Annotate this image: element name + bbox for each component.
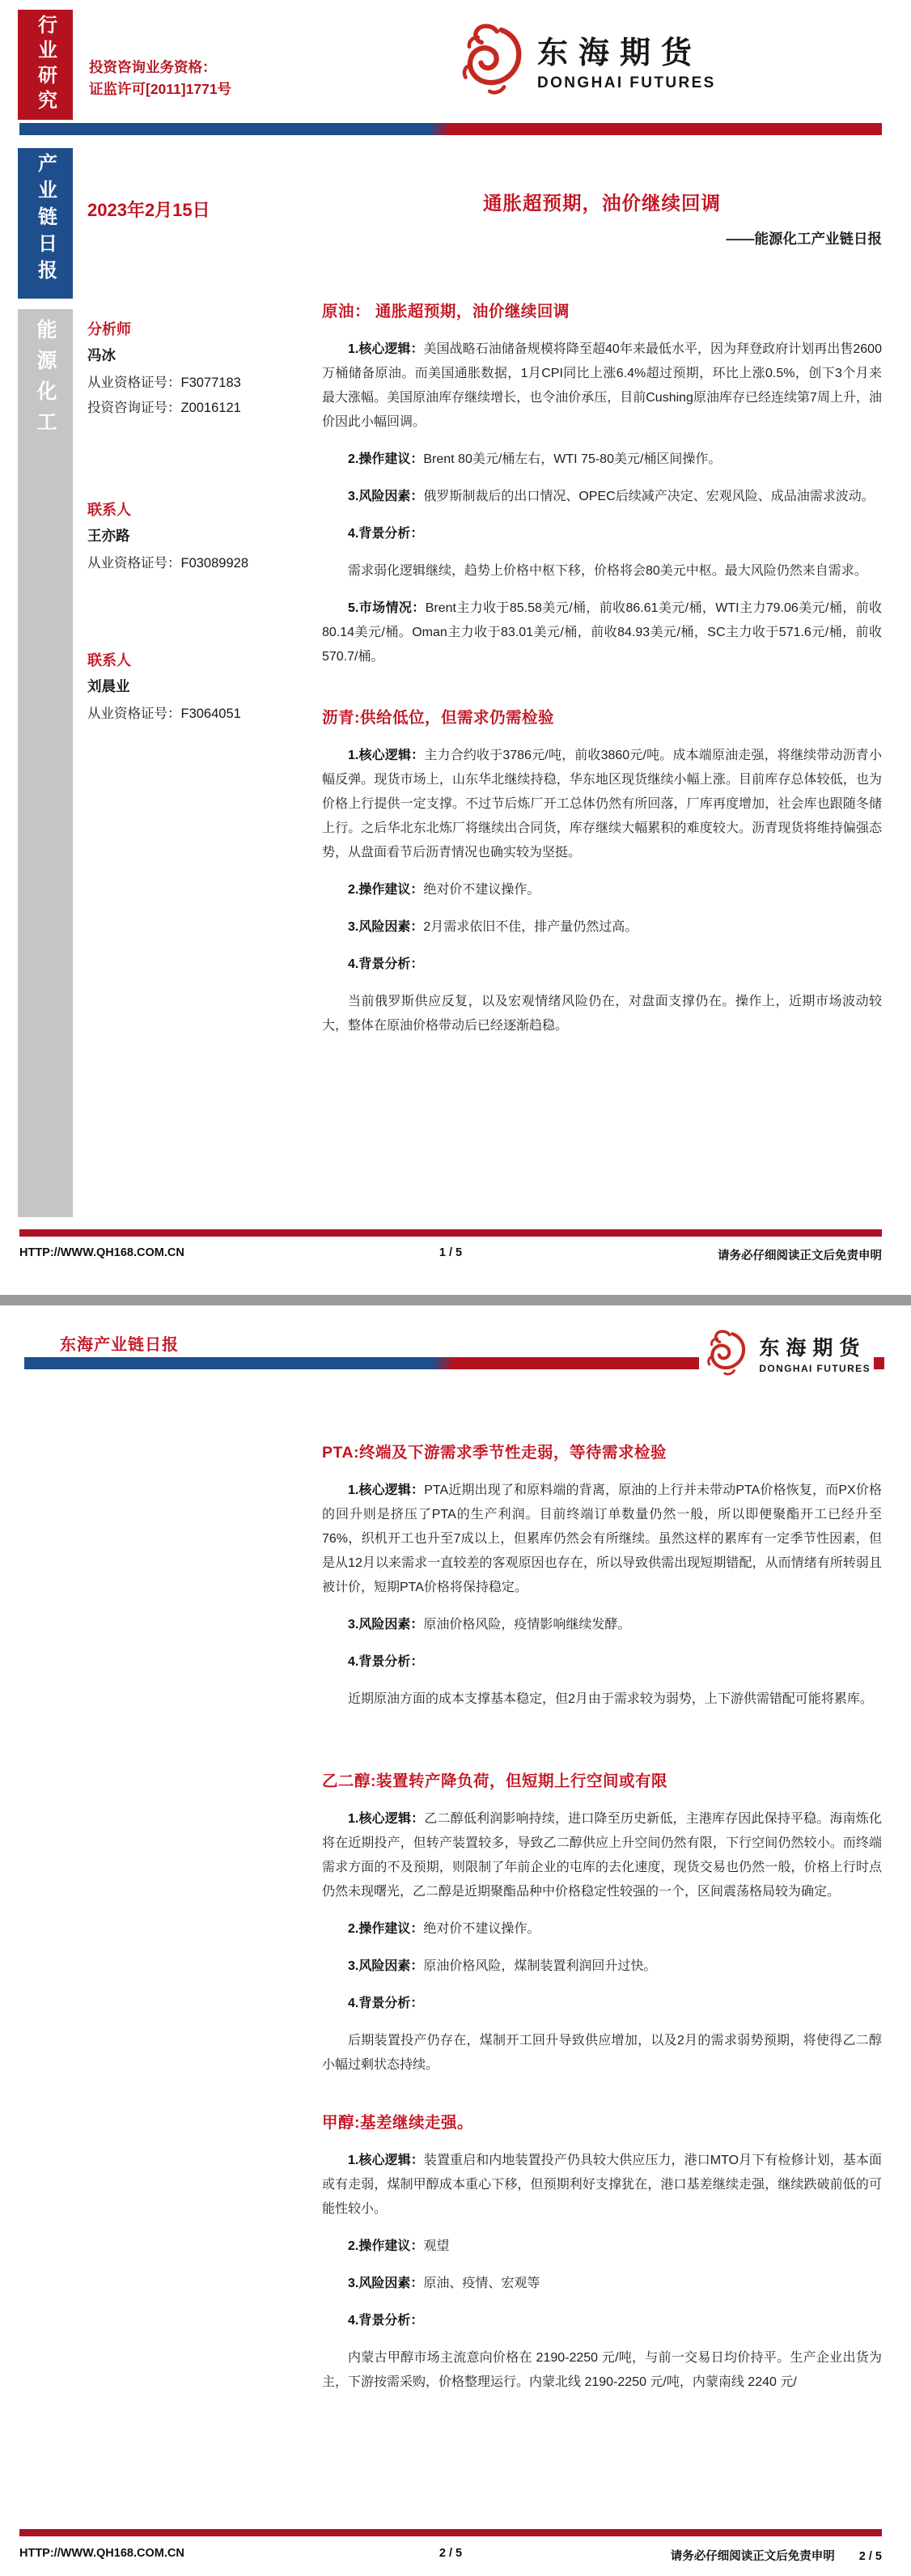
paragraph: 1.核心逻辑：美国战略石油储备规模将降至超40年来最低水平，因为拜登政府计划再出… <box>322 337 882 435</box>
paragraph: 3.风险因素：俄罗斯制裁后的出口情况、OPEC后续减产决定、宏观风险、成品油需求… <box>322 485 882 509</box>
dragon-icon <box>702 1326 749 1380</box>
paragraph: 4.背景分析： <box>322 953 882 977</box>
footer-page-number: 2 / 5 <box>307 2547 594 2564</box>
page-separator <box>0 1295 911 1305</box>
footer-page-number: 1 / 5 <box>307 1246 594 1263</box>
paragraph: 1.核心逻辑：乙二醇低利润影响持续，进口降至历史新低，主港库存因此保持平稳。海南… <box>322 1807 882 1904</box>
paragraph: 2.操作建议：绝对价不建议操作。 <box>322 878 882 902</box>
sector-tag-label: 能源化工 <box>31 309 60 442</box>
footer-disclaimer: 请务必仔细阅读正文后免责申明 <box>671 2550 835 2563</box>
report-title: 通胀超预期，油价继续回调 <box>322 188 882 215</box>
dragon-icon <box>455 19 528 100</box>
paragraph: 4.背景分析： <box>322 522 882 546</box>
paragraph: 2.操作建议：绝对价不建议操作。 <box>322 1917 882 1942</box>
footer-url: HTTP://WWW.QH168.COM.CN <box>19 2547 307 2564</box>
contact-block: 联系人 刘晨业 从业资格证号：F3064051 <box>87 649 316 727</box>
brand-logo: 东海期货 DONGHAI FUTURES <box>455 19 716 100</box>
paragraph: 5.市场情况：Brent主力收于85.58美元/桶，前收86.61美元/桶，WT… <box>322 596 882 669</box>
analyst-block: 分析师 冯冰 从业资格证号：F3077183 投资咨询证号：Z0016121 <box>87 318 316 421</box>
footer-divider <box>19 2529 882 2536</box>
paragraph: 3.风险因素：原油、疫情、宏观等 <box>322 2272 882 2296</box>
page-1: 行业研究 投资咨询业务资格： 证监许可[2011]1771号 东海期货 DONG… <box>0 0 911 1295</box>
paragraph: 4.背景分析： <box>322 1650 882 1674</box>
paragraph: 1.核心逻辑：装置重启和内地装置投产仍具较大供应压力，港口MTO月下有检修计划，… <box>322 2149 882 2222</box>
industry-research-tag-label: 行业研究 <box>32 10 60 115</box>
contact-block: 联系人 王亦路 从业资格证号：F03089928 <box>87 499 316 576</box>
section-header-asphalt: 沥青:供给低位，但需求仍需检验 <box>322 705 882 728</box>
brand-name-cn: 东海期货 <box>759 1332 871 1361</box>
section-header-crude-oil: 原油： 通胀超预期，油价继续回调 <box>322 299 882 321</box>
paragraph: 2.操作建议：观望 <box>322 2234 882 2259</box>
qualification-line-1: 投资咨询业务资格： <box>89 57 231 79</box>
industry-research-tag: 行业研究 <box>18 10 73 120</box>
page2-header-title: 东海产业链日报 <box>60 1331 179 1355</box>
analyst-label: 分析师 <box>87 318 316 339</box>
contact-cert: 从业资格证号：F03089928 <box>87 551 316 576</box>
contact-name: 王亦路 <box>87 525 316 545</box>
brand-name-en: DONGHAI FUTURES <box>759 1363 871 1374</box>
analyst-name: 冯冰 <box>87 345 316 365</box>
paragraph: 需求弱化逻辑继续，趋势上价格中枢下移，价格将会80美元中枢。最大风险仍然来自需求… <box>322 559 882 584</box>
paragraph: 3.风险因素：2月需求依旧不佳，排产量仍然过高。 <box>322 915 882 940</box>
analyst-cert: 投资咨询证号：Z0016121 <box>87 396 316 421</box>
sector-tag: 能源化工 <box>18 309 73 1217</box>
paragraph: 4.背景分析： <box>322 2309 882 2333</box>
page1-main-content: 通胀超预期，油价继续回调 ——能源化工产业链日报 原油： 通胀超预期，油价继续回… <box>322 188 882 1051</box>
footer-disclaimer-group: 请务必仔细阅读正文后免责申明2 / 5 <box>595 2547 882 2564</box>
qualification-line-2: 证监许可[2011]1771号 <box>89 79 231 100</box>
paragraph: 当前俄罗斯供应反复，以及宏观情绪风险仍在，对盘面支撑仍在。操作上，近期市场波动较… <box>322 990 882 1038</box>
header-divider <box>19 123 882 135</box>
section-header-methanol: 甲醇:基差继续走强。 <box>322 2110 882 2133</box>
footer-page-number: 2 / 5 <box>859 2550 882 2563</box>
page-footer: HTTP://WWW.QH168.COM.CN 2 / 5 请务必仔细阅读正文后… <box>19 2547 882 2564</box>
report-canvas: 行业研究 投资咨询业务资格： 证监许可[2011]1771号 东海期货 DONG… <box>0 0 911 2576</box>
contact-label: 联系人 <box>87 499 316 520</box>
contact-label: 联系人 <box>87 649 316 670</box>
qualification-text: 投资咨询业务资格： 证监许可[2011]1771号 <box>89 57 231 100</box>
brand-name-cn: 东海期货 <box>537 28 716 72</box>
chain-daily-tag: 产业链日报 <box>18 148 73 299</box>
analyst-sidebar: 分析师 冯冰 从业资格证号：F3077183 投资咨询证号：Z0016121 联… <box>87 318 316 727</box>
report-subtitle: ——能源化工产业链日报 <box>322 228 882 248</box>
contact-name: 刘晨业 <box>87 676 316 696</box>
footer-disclaimer: 请务必仔细阅读正文后免责申明 <box>595 1246 882 1263</box>
paragraph: 3.风险因素：原油价格风险，疫情影响继续发酵。 <box>322 1613 882 1637</box>
report-date: 2023年2月15日 <box>87 197 210 222</box>
paragraph: 1.核心逻辑：PTA近期出现了和原料端的背离，原油的上行并未带动PTA价格恢复，… <box>322 1479 882 1600</box>
chain-daily-tag-label: 产业链日报 <box>32 148 60 286</box>
paragraph: 后期装置投产仍存在，煤制开工回升导致供应增加，以及2月的需求弱势预期，将使得乙二… <box>322 2029 882 2077</box>
paragraph: 4.背景分析： <box>322 1992 882 2016</box>
paragraph: 1.核心逻辑：主力合约收于3786元/吨，前收3860元/吨。成本端原油走强，将… <box>322 744 882 865</box>
section-header-meg: 乙二醇:装置转产降负荷，但短期上行空间或有限 <box>322 1768 882 1791</box>
paragraph: 近期原油方面的成本支撑基本稳定，但2月由于需求较为弱势，上下游供需错配可能将累库… <box>322 1687 882 1712</box>
paragraph: 3.风险因素：原油价格风险，煤制装置利润回升过快。 <box>322 1954 882 1979</box>
footer-url: HTTP://WWW.QH168.COM.CN <box>19 1246 307 1263</box>
page-footer: HTTP://WWW.QH168.COM.CN 1 / 5 请务必仔细阅读正文后… <box>19 1246 882 1263</box>
brand-logo-text: 东海期货 DONGHAI FUTURES <box>759 1332 871 1374</box>
footer-divider <box>19 1229 882 1237</box>
page-2: 东海产业链日报 东海期货 DONGHAI FUTURES PTA:终端及下游需求… <box>0 1305 911 2576</box>
analyst-cert: 从业资格证号：F3077183 <box>87 371 316 396</box>
paragraph: 内蒙古甲醇市场主流意向价格在 2190-2250 元/吨，与前一交易日均价持平。… <box>322 2346 882 2395</box>
contact-cert: 从业资格证号：F3064051 <box>87 702 316 727</box>
paragraph: 2.操作建议：Brent 80美元/桶左右，WTI 75-80美元/桶区间操作。 <box>322 448 882 472</box>
brand-logo: 东海期货 DONGHAI FUTURES <box>699 1322 874 1385</box>
brand-logo-text: 东海期货 DONGHAI FUTURES <box>537 28 716 92</box>
brand-name-en: DONGHAI FUTURES <box>537 74 716 92</box>
page2-main-content: PTA:终端及下游需求季节性走弱，等待需求检验 1.核心逻辑：PTA近期出现了和… <box>322 1440 882 2408</box>
section-header-pta: PTA:终端及下游需求季节性走弱，等待需求检验 <box>322 1440 882 1462</box>
